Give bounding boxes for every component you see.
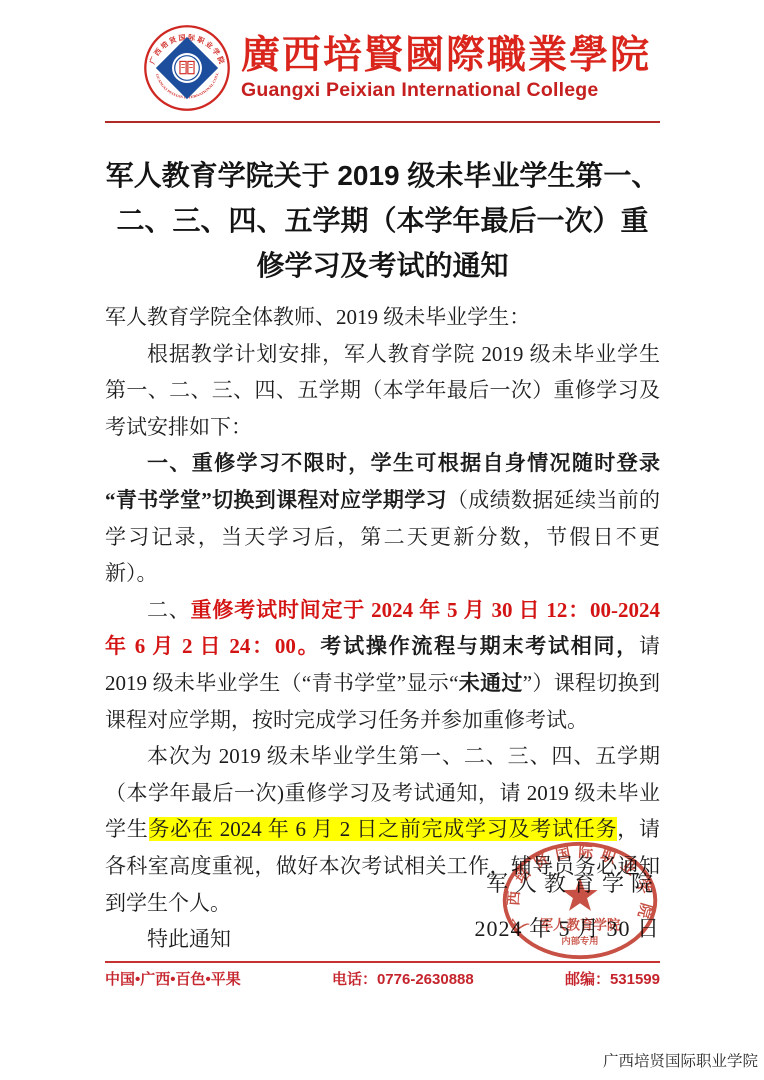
paragraph: 军人教育学院全体教师、2019 级未毕业学生： <box>105 299 660 336</box>
seal-bottom-line: 内部专用 <box>561 935 598 947</box>
seal-org-line: 军人教育学院 <box>540 916 621 932</box>
college-name-en: Guangxi Peixian International College <box>241 79 651 102</box>
college-logo: 广西培贤国际职业学院 GUANGXI PEIXIAN INTERNATIONAL… <box>143 24 231 112</box>
letterhead: 广西培贤国际职业学院 GUANGXI PEIXIAN INTERNATIONAL… <box>0 0 764 112</box>
college-name-zh: 廣西培賢國際職業學院 <box>241 34 651 78</box>
paragraph: 根据教学计划安排，军人教育学院 2019 级未毕业学生第一、二、三、四、五学期（… <box>105 336 660 446</box>
text-segment: 二、 <box>147 598 191 622</box>
official-seal: 广西培贤国际职业学院 军人教育学院 内部专用 <box>501 840 659 961</box>
header-divider <box>105 121 660 123</box>
footer-phone: 电话：0776-2630888 <box>332 968 474 989</box>
text-segment: 特此通知 <box>147 927 231 951</box>
text-segment: 考试操作流程与期末考试相同， <box>320 634 639 658</box>
footer-location: 中国•广西•百色•平果 <box>105 968 241 989</box>
paragraph: 一、重修学习不限时，学生可根据自身情况随时登录 “青书学堂”切换到课程对应学期学… <box>105 445 660 591</box>
footer-divider <box>105 961 660 963</box>
notice-title: 军人教育学院关于 2019 级未毕业学生第一、二、三、四、五学期（本学年最后一次… <box>105 153 660 288</box>
text-segment: 未通过 <box>458 671 522 695</box>
text-segment: 务必在 2024 年 6 月 2 日之前完成学习及考试任务 <box>149 817 618 841</box>
seal-star-icon <box>562 877 597 911</box>
footer-postal: 邮编：531599 <box>565 968 660 989</box>
page-caption: 广西培贤国际职业学院 <box>603 1049 758 1071</box>
brand-text: 廣西培賢國際職業學院 Guangxi Peixian International… <box>241 34 651 102</box>
text-segment: 根据教学计划安排，军人教育学院 2019 级未毕业学生第一、二、三、四、五学期（… <box>105 342 660 439</box>
text-segment: 军人教育学院全体教师、2019 级未毕业学生： <box>105 305 530 329</box>
paragraph: 二、重修考试时间定于 2024 年 5 月 30 日 12：00-2024 年 … <box>105 592 660 738</box>
notice-document-page: 广西培贤国际职业学院 GUANGXI PEIXIAN INTERNATIONAL… <box>0 0 764 1080</box>
footer: 中国•广西•百色•平果 电话：0776-2630888 邮编：531599 <box>105 961 660 989</box>
